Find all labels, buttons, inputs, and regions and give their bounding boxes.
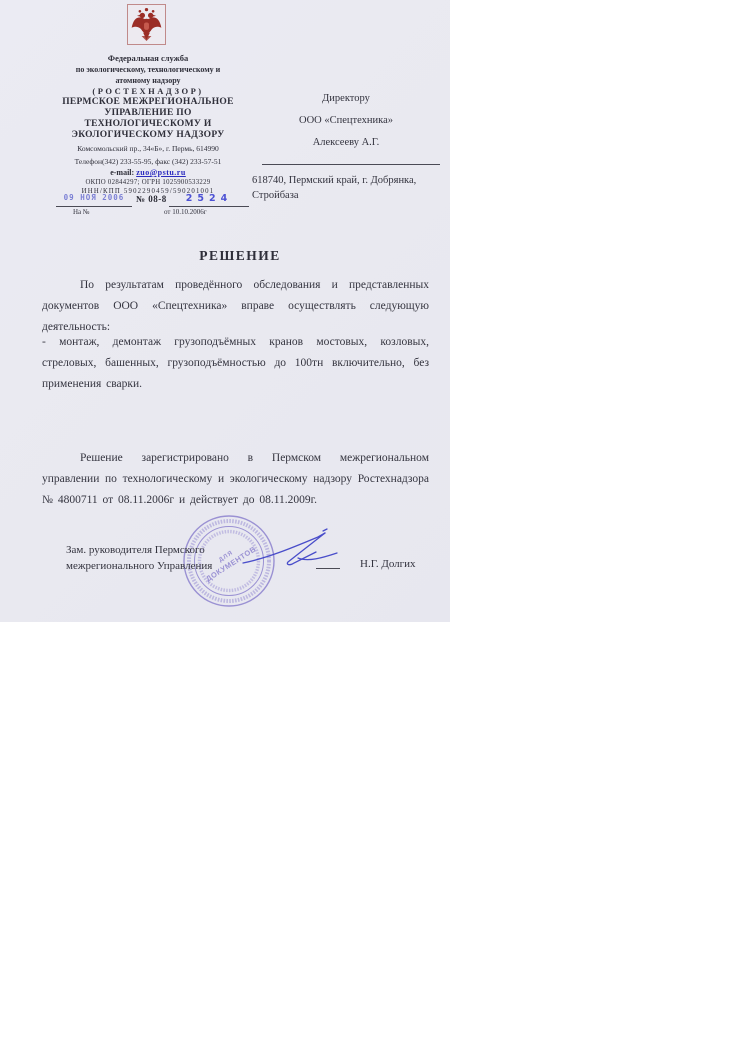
agency-name-line: Федеральная служба bbox=[28, 53, 268, 64]
office-address: Комсомольский пр., 34«Б», г. Пермь, 6149… bbox=[28, 143, 268, 154]
agency-name-line: по экологическому, технологическому и bbox=[28, 64, 268, 75]
addressee-address-line: 618740, Пермский край, г. Добрянка, bbox=[252, 173, 440, 188]
body-paragraph-1: По результатам проведённого обследования… bbox=[42, 275, 429, 338]
addressee-company: ООО «Спецтехника» bbox=[252, 114, 440, 127]
addressee-block: Директору ООО «Спецтехника» Алексееву А.… bbox=[252, 92, 440, 203]
letterhead: Федеральная служба по экологическому, те… bbox=[28, 53, 268, 196]
signatory-name: Н.Г. Долгих bbox=[360, 558, 416, 570]
office-phone: Телефон(342) 233-55-95, факс (342) 233-5… bbox=[28, 156, 268, 167]
signatory-position-line: межрегионального Управления bbox=[66, 558, 266, 574]
incoming-date-stamp: 09 НОЯ 2006 bbox=[64, 193, 125, 202]
handwritten-number: 2524 bbox=[186, 193, 232, 204]
office-name-line: ТЕХНОЛОГИЧЕСКОМУ И bbox=[28, 119, 268, 130]
incoming-ref-date: от 10.10.2006г bbox=[164, 208, 207, 216]
coat-of-arms-icon bbox=[127, 4, 166, 45]
office-name-line: ЭКОЛОГИЧЕСКОМУ НАДЗОРУ bbox=[28, 130, 268, 141]
office-email-line: e-mail: zuo@pstu.ru bbox=[28, 167, 268, 178]
email-address: zuo@pstu.ru bbox=[136, 168, 186, 177]
agency-name-line: атомному надзору bbox=[28, 75, 268, 86]
signatory-position-line: Зам. руководителя Пермского bbox=[66, 542, 266, 558]
reference-line: 09 НОЯ 2006 № 08-8 2524 На № от 10.10.20… bbox=[56, 193, 256, 219]
document-title: РЕШЕНИЕ bbox=[30, 248, 450, 264]
addressee-address-line: Стройбаза bbox=[252, 188, 440, 203]
body-paragraph-2: - монтаж, демонтаж грузоподъёмных кранов… bbox=[42, 332, 429, 395]
addressee-divider bbox=[262, 163, 440, 165]
body-paragraph-3: Решение зарегистрировано в Пермском межр… bbox=[42, 448, 429, 511]
office-name-line: УПРАВЛЕНИЕ ПО bbox=[28, 108, 268, 119]
double-headed-eagle-icon bbox=[130, 7, 163, 42]
email-label: e-mail: bbox=[110, 168, 134, 177]
okpo-ogrn-codes: ОКПО 02844297; ОГРН 1025900533229 bbox=[28, 178, 268, 187]
date-blank-line: 09 НОЯ 2006 bbox=[56, 193, 132, 207]
incoming-ref-label: На № bbox=[73, 208, 90, 216]
document-number: № 08-8 bbox=[136, 194, 167, 204]
number-blank-line: 2524 bbox=[169, 193, 249, 207]
addressee-name: Алексееву А.Г. bbox=[252, 136, 440, 149]
office-name-line: ПЕРМСКОЕ МЕЖРЕГИОНАЛЬНОЕ bbox=[28, 97, 268, 108]
page: { "document": { "icons": { "coat_of_arms… bbox=[0, 0, 750, 1041]
addressee-position: Директору bbox=[252, 92, 440, 105]
scanned-document: Федеральная служба по экологическому, те… bbox=[0, 0, 450, 622]
agency-abbreviation: (РОСТЕХНАДЗОР) bbox=[28, 86, 268, 97]
signatory-position: Зам. руководителя Пермского межрегиональ… bbox=[66, 542, 266, 574]
signature-dash-line bbox=[316, 568, 340, 569]
